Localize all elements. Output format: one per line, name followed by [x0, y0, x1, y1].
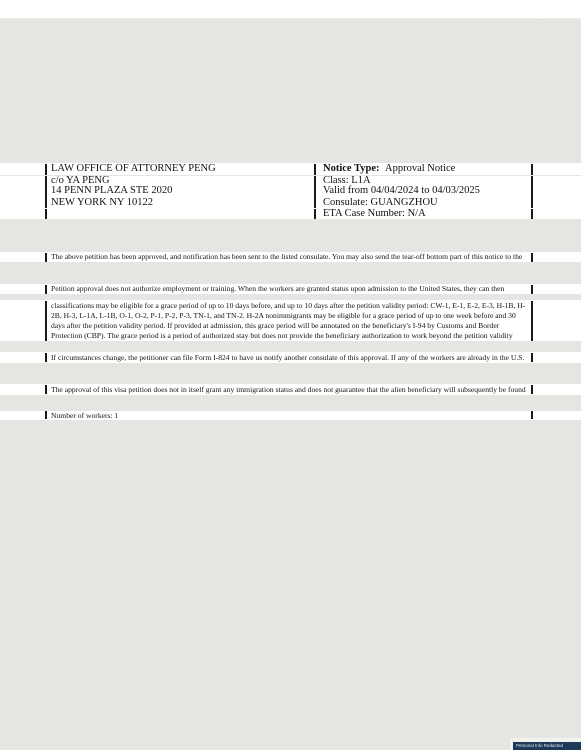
right-bar: [531, 164, 533, 175]
left-bar: [45, 209, 47, 219]
left-bar: [45, 164, 47, 175]
grace-period-text: classifications may be eligible for a gr…: [51, 301, 527, 341]
addressee-name: LAW OFFICE OF ATTORNEY PENG: [51, 163, 216, 175]
right-bar: [531, 253, 533, 262]
mid-bar: [314, 186, 316, 197]
left-bar: [45, 353, 47, 362]
left-bar: [45, 253, 47, 262]
right-bar: [531, 411, 533, 419]
number-of-workers: Number of workers: 1: [51, 411, 118, 421]
approved-text: The above petition has been approved, an…: [51, 252, 522, 262]
paragraph-workers: Number of workers: 1: [0, 411, 581, 420]
mid-bar: [314, 209, 316, 219]
redaction-badge: Personal Info Redacted: [513, 742, 581, 750]
paragraph-grace-period: classifications may be eligible for a gr…: [0, 300, 581, 341]
right-bar: [531, 186, 533, 197]
paragraph-visa-status: The approval of this visa petition does …: [0, 384, 581, 395]
right-bar: [531, 197, 533, 208]
left-bar: [45, 385, 47, 394]
visa-status-text: The approval of this visa petition does …: [51, 385, 526, 395]
mid-bar: [314, 164, 316, 175]
left-bar: [45, 285, 47, 294]
right-bar: [531, 285, 533, 294]
right-bar: [531, 385, 533, 394]
left-bar: [45, 411, 47, 419]
header-row-5: ETA Case Number: N/A: [0, 209, 581, 219]
right-bar: [531, 353, 533, 362]
notice-type-label: Notice Type:: [323, 163, 379, 175]
left-bar: [45, 301, 47, 341]
validity-period: Valid from 04/04/2024 to 04/03/2025: [323, 185, 480, 197]
paragraph-circumstances: If circumstances change, the petitioner …: [0, 352, 581, 363]
header-row-1: LAW OFFICE OF ATTORNEY PENG Notice Type:…: [0, 163, 581, 175]
header-row-3: 14 PENN PLAZA STE 2020 Valid from 04/04/…: [0, 186, 581, 197]
city-state-zip: NEW YORK NY 10122: [51, 197, 153, 209]
scan-artifact: ·: [538, 15, 540, 20]
header-row-4: NEW YORK NY 10122 Consulate: GUANGZHOU: [0, 197, 581, 209]
top-margin-strip: [0, 0, 581, 19]
mid-bar: [314, 197, 316, 208]
paragraph-approved: The above petition has been approved, an…: [0, 252, 581, 262]
notice-type-value: Approval Notice: [385, 163, 455, 175]
street-address: 14 PENN PLAZA STE 2020: [51, 185, 172, 197]
paragraph-employment: Petition approval does not authorize emp…: [0, 284, 581, 294]
left-bar: [45, 186, 47, 197]
right-bar: [531, 301, 533, 341]
left-bar: [45, 197, 47, 208]
eta-case-number: ETA Case Number: N/A: [323, 208, 426, 220]
right-bar: [531, 209, 533, 219]
employment-text: Petition approval does not authorize emp…: [51, 284, 504, 294]
circumstances-text: If circumstances change, the petitioner …: [51, 353, 524, 363]
